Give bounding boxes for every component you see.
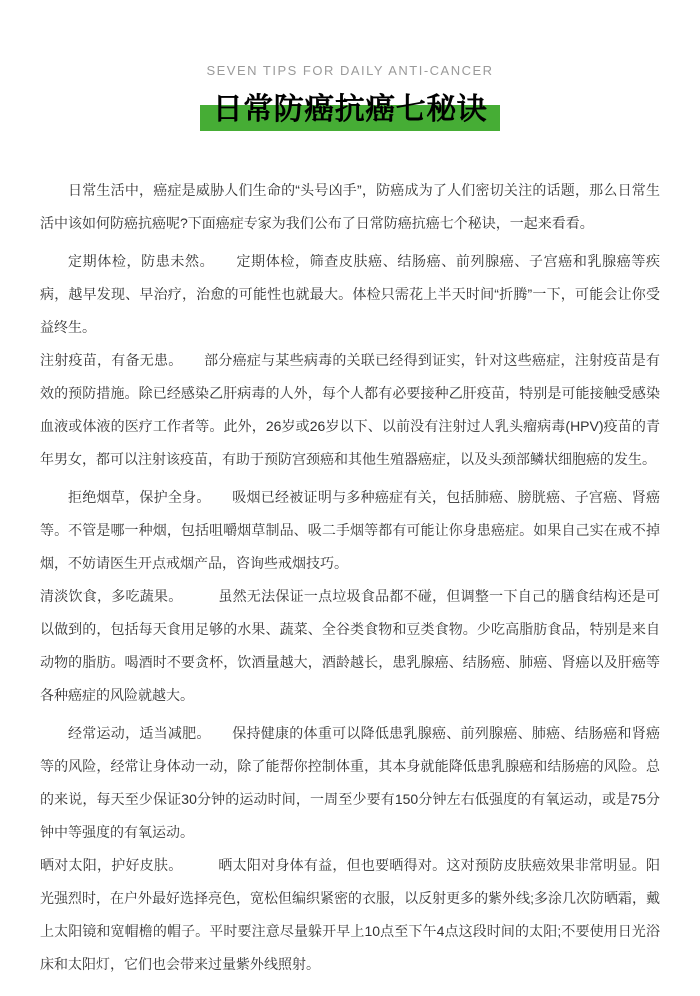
english-subtitle: SEVEN TIPS FOR DAILY ANTI-CANCER	[0, 63, 700, 78]
paragraph-tip-no-tobacco: 拒绝烟草，保护全身。 吸烟已经被证明与多种癌症有关，包括肺癌、膀胱癌、子宫癌、肾…	[40, 481, 660, 580]
paragraph-tip-vaccine: 注射疫苗，有备无患。 部分癌症与某些病毒的关联已经得到证实，针对这些癌症，注射疫…	[40, 344, 660, 476]
paragraph-tip-exercise: 经常运动，适当减肥。 保持健康的体重可以降低患乳腺癌、前列腺癌、肺癌、结肠癌和肾…	[40, 717, 660, 849]
paragraph-tip-sun-protection: 晒对太阳，护好皮肤。 晒太阳对身体有益，但也要晒得对。这对预防皮肤癌效果非常明显…	[40, 849, 660, 981]
paragraph-tip-checkup: 定期体检，防患未然。 定期体检，筛查皮肤癌、结肠癌、前列腺癌、子宫癌和乳腺癌等疾…	[40, 245, 660, 344]
paragraph-intro: 日常生活中，癌症是威胁人们生命的“头号凶手”，防癌成为了人们密切关注的话题，那么…	[40, 174, 660, 240]
document-page: SEVEN TIPS FOR DAILY ANTI-CANCER 日常防癌抗癌七…	[0, 0, 700, 996]
title-row: 日常防癌抗癌七秘诀	[0, 88, 700, 132]
article-body: 日常生活中，癌症是威胁人们生命的“头号凶手”，防癌成为了人们密切关注的话题，那么…	[40, 174, 660, 981]
paragraph-tip-light-diet: 清淡饮食，多吃蔬果。 虽然无法保证一点垃圾食品都不碰，但调整一下自己的膳食结构还…	[40, 580, 660, 712]
page-title: 日常防癌抗癌七秘诀	[200, 88, 501, 132]
